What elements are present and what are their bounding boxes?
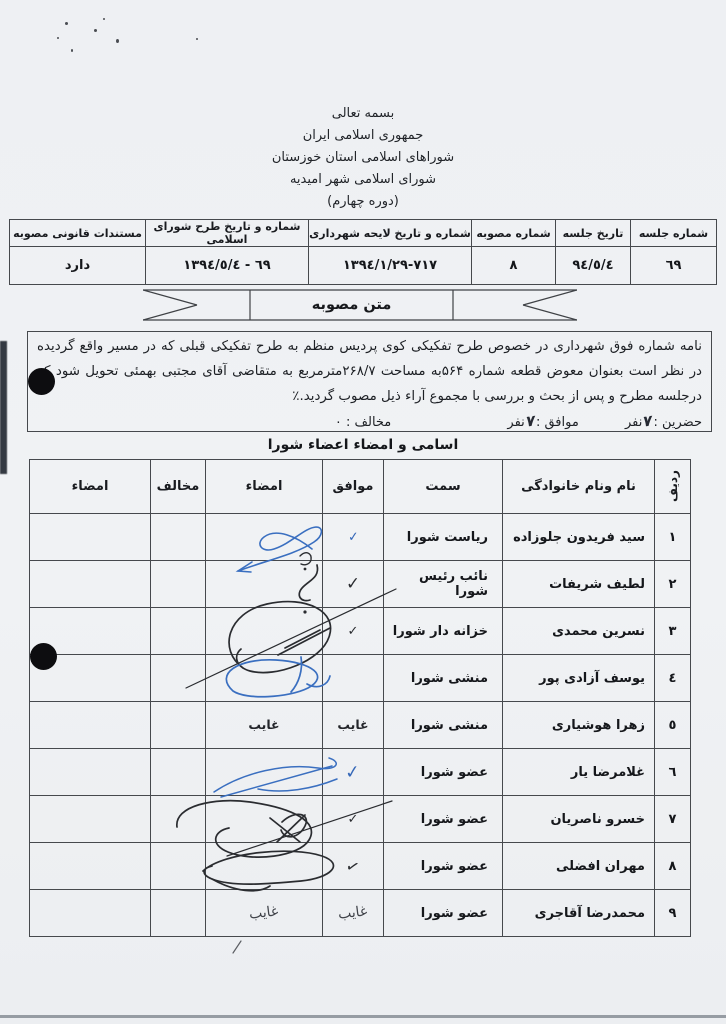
scan-speck (196, 38, 198, 40)
signature2-cell (30, 702, 151, 749)
member-name: یوسف آزادی پور (503, 655, 655, 702)
signature-cell: غایب (206, 890, 323, 937)
signature-cell (206, 514, 323, 561)
oppose-cell (151, 796, 206, 843)
signature-table-header: ردیف نام ونام خانوادگی سمت موافق امضاء م… (30, 460, 691, 514)
member-position: منشی شورا (384, 702, 503, 749)
scanned-document-page: بسمه تعالی جمهوری اسلامی ایران شوراهای ا… (0, 0, 726, 1024)
oppose-cell (151, 608, 206, 655)
table-row: ٢ لطیف شریفات نائب رئیس شورا ✓ (30, 561, 691, 608)
member-position: عضو شورا (384, 749, 503, 796)
oppose-cell (151, 890, 206, 937)
absent-note: غایب (337, 717, 368, 732)
scan-speck (71, 49, 73, 52)
member-row-number: ٢ (655, 561, 691, 608)
member-position: عضو شورا (384, 843, 503, 890)
oppose-cell (151, 655, 206, 702)
scan-speck (65, 22, 68, 25)
agree-cell: ✓ (323, 796, 384, 843)
table-row: ٧ خسرو ناصریان عضو شورا ✓ (30, 796, 691, 843)
oppose-cell (151, 561, 206, 608)
table-row: ٦ غلامرضا یار عضو شورا ✓ (30, 749, 691, 796)
stray-pen-stroke (233, 941, 241, 953)
meta-label-resolution-number: شماره مصوبه (472, 220, 556, 247)
table-row: ٥ زهرا هوشیاری منشی شورا غایب غایب (30, 702, 691, 749)
signature-cell (206, 655, 323, 702)
ink-blot-top (28, 368, 55, 395)
meta-value-resolution-number: ٨ (472, 247, 556, 285)
agree-checkmark: ✓ (344, 761, 361, 783)
header-signature2: امضاء (30, 460, 151, 514)
attendance-line: حضرین :٧نفر موافق :٧نفر مخالف : ۰ (37, 409, 702, 435)
meta-value-council-plan-number-date: ٦٩ - ١٣٩٤/٥/٤ (146, 247, 309, 285)
member-position: خزانه دار شورا (384, 608, 503, 655)
member-name: لطیف شریفات (503, 561, 655, 608)
table-row: ١ سید فریدون جلوزاده ریاست شورا ✓ (30, 514, 691, 561)
signature-cell (206, 796, 323, 843)
agree-count-handwritten: ٧ (525, 408, 536, 434)
agree-cell: غایب (323, 702, 384, 749)
member-row-number: ٩ (655, 890, 691, 937)
member-position: منشی شورا (384, 655, 503, 702)
present-unit: نفر (625, 415, 642, 430)
letterhead-province-councils: شوراهای اسلامی استان خوزستان (0, 147, 726, 169)
absent-note: غایب (248, 717, 279, 732)
member-row-number: ٥ (655, 702, 691, 749)
member-name: محمدرضا آقاجری (503, 890, 655, 937)
header-position: سمت (384, 460, 503, 514)
member-row-number: ٦ (655, 749, 691, 796)
letterhead-term: (دوره چهارم) (0, 191, 726, 213)
signature2-cell (30, 514, 151, 561)
meta-value-bill-number-date: ٧١٧-١٣٩٤/١/٢٩ (309, 247, 472, 285)
letterhead-bismillah: بسمه تعالی (0, 103, 726, 125)
meta-label-bill-number-date: شماره و تاریخ لایحه شهرداری (309, 220, 472, 247)
header-row-number: ردیف (655, 460, 691, 514)
oppose-cell (151, 749, 206, 796)
resolution-box: نامه شماره فوق شهرداری در خصوص طرح تفکیک… (27, 331, 712, 432)
member-position: ریاست شورا (384, 514, 503, 561)
header-agree: موافق (323, 460, 384, 514)
meta-value-row: ٦٩ ٩٤/٥/٤ ٨ ٧١٧-١٣٩٤/١/٢٩ ٦٩ - ١٣٩٤/٥/٤ … (10, 247, 717, 285)
agree-cell: ✓ (323, 514, 384, 561)
signature-cell: غایب (206, 702, 323, 749)
signature2-cell (30, 843, 151, 890)
agree-count-group: موافق :٧نفر (507, 415, 578, 430)
oppose-cell (151, 514, 206, 561)
present-count-handwritten: ٧ (643, 408, 654, 434)
member-position: عضو شورا (384, 890, 503, 937)
agree-cell: ✓ (323, 561, 384, 608)
agree-checkmark: ✓ (348, 812, 359, 827)
signature-cell (206, 561, 323, 608)
member-name: زهرا هوشیاری (503, 702, 655, 749)
header-name: نام ونام خانوادگی (503, 460, 655, 514)
agree-cell: ✓ (323, 608, 384, 655)
member-position: نائب رئیس شورا (384, 561, 503, 608)
table-row: ٨ مهران افضلی عضو شورا ✓ (30, 843, 691, 890)
table-row: ٤ یوسف آزادی پور منشی شورا (30, 655, 691, 702)
member-name: نسرین محمدی (503, 608, 655, 655)
member-row-number: ٤ (655, 655, 691, 702)
signature-cell (206, 749, 323, 796)
signature2-cell (30, 749, 151, 796)
ink-blot-bottom (30, 643, 57, 670)
member-row-number: ٣ (655, 608, 691, 655)
letterhead-city-council: شورای اسلامی شهر امیدیه (0, 169, 726, 191)
signature2-cell (30, 890, 151, 937)
header-signature: امضاء (206, 460, 323, 514)
session-meta-table: شماره جلسه تاریخ جلسه شماره مصوبه شماره … (9, 219, 717, 285)
scan-edge-shadow (0, 341, 7, 474)
resolution-body-text: نامه شماره فوق شهرداری در خصوص طرح تفکیک… (37, 334, 702, 409)
signature-section-title: اسامی و امضاء اعضاء شورا (0, 437, 726, 453)
signature-cell (206, 843, 323, 890)
meta-value-session-number: ٦٩ (631, 247, 717, 285)
resolution-text-banner: متن مصوبه (143, 287, 577, 323)
oppose-cell (151, 702, 206, 749)
meta-label-session-date: تاریخ جلسه (556, 220, 631, 247)
header-row-number-label: ردیف (666, 470, 680, 502)
present-label: حضرین : (653, 415, 702, 430)
scan-speck (94, 29, 97, 32)
meta-value-session-date: ٩٤/٥/٤ (556, 247, 631, 285)
signature-cell (206, 608, 323, 655)
oppose-cell (151, 843, 206, 890)
scan-speck (103, 18, 105, 20)
signature2-cell (30, 796, 151, 843)
oppose-count-group: مخالف : ۰ (335, 415, 391, 430)
member-row-number: ٨ (655, 843, 691, 890)
members-signature-table: ردیف نام ونام خانوادگی سمت موافق امضاء م… (29, 459, 691, 937)
member-row-number: ٧ (655, 796, 691, 843)
agree-checkmark: ✓ (347, 529, 359, 545)
member-name: مهران افضلی (503, 843, 655, 890)
oppose-label: مخالف : (342, 415, 391, 430)
agree-cell: غایب (323, 890, 384, 937)
agree-label: موافق : (536, 415, 579, 430)
member-name: سید فریدون جلوزاده (503, 514, 655, 561)
signature2-cell (30, 561, 151, 608)
table-row: ٩ محمدرضا آقاجری عضو شورا غایب غایب (30, 890, 691, 937)
agree-cell (323, 655, 384, 702)
agree-checkmark: ✓ (346, 574, 361, 594)
member-row-number: ١ (655, 514, 691, 561)
member-name: خسرو ناصریان (503, 796, 655, 843)
agree-cell: ✓ (323, 843, 384, 890)
table-row: ٣ نسرین محمدی خزانه دار شورا ✓ (30, 608, 691, 655)
absent-note-handwritten: غایب (338, 903, 369, 922)
agree-unit: نفر (507, 415, 524, 430)
scan-speck (116, 39, 119, 43)
letterhead: بسمه تعالی جمهوری اسلامی ایران شوراهای ا… (0, 103, 726, 213)
meta-label-legal-documentation: مستندات قانونی مصوبه (10, 220, 146, 247)
absent-note-handwritten: غایب (249, 903, 280, 922)
meta-label-council-plan-number-date: شماره و تاریخ طرح شورای اسلامی (146, 220, 309, 247)
banner-title: متن مصوبه (250, 287, 453, 323)
letterhead-country: جمهوری اسلامی ایران (0, 125, 726, 147)
meta-value-legal-documentation: دارد (10, 247, 146, 285)
agree-cell: ✓ (323, 749, 384, 796)
header-oppose: مخالف (151, 460, 206, 514)
member-position: عضو شورا (384, 796, 503, 843)
meta-header-row: شماره جلسه تاریخ جلسه شماره مصوبه شماره … (10, 220, 717, 247)
meta-label-session-number: شماره جلسه (631, 220, 717, 247)
present-count-group: حضرین :٧نفر (625, 415, 702, 430)
agree-checkmark: ✓ (344, 855, 363, 877)
scan-bottom-edge (0, 1015, 726, 1018)
agree-checkmark: ✓ (348, 624, 359, 639)
oppose-count: ۰ (335, 415, 342, 430)
member-name: غلامرضا یار (503, 749, 655, 796)
scan-speck (57, 37, 59, 39)
